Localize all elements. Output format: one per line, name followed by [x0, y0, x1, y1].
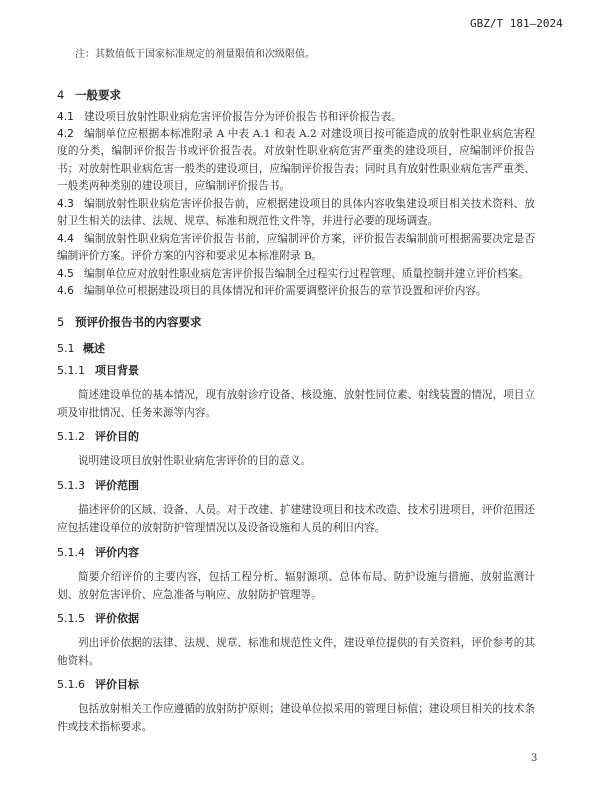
section-title: 一般要求 — [75, 88, 121, 102]
section-number: 4 — [57, 88, 75, 102]
clause-4-3: 4.3编制放射性职业病危害评价报告前，应根据建设项目的具体内容收集建设项目相关技… — [57, 196, 535, 231]
item-number: 5.1.6 — [57, 678, 95, 691]
item-5-1-6-text: 包括放射相关工作应遵循的放射防护原则；建设单位拟采用的管理目标值；建设项目相关的… — [57, 700, 535, 736]
item-title: 评价依据 — [95, 612, 139, 625]
clause-4-1: 4.1建设项目放射性职业病危害评价报告分为评价报告书和评价报告表。 — [57, 109, 535, 126]
clause-text: 编制单位应根据本标准附录 A 中表 A.1 和表 A.2 对建设项目按可能造成的… — [57, 128, 535, 192]
clause-number: 4.4 — [57, 231, 84, 248]
item-5-1-6-heading: 5.1.6评价目标 — [57, 676, 139, 692]
clause-number: 4.6 — [57, 283, 84, 300]
clause-number: 4.5 — [57, 266, 84, 283]
section-title: 预评价报告书的内容要求 — [75, 315, 202, 329]
item-number: 5.1.5 — [57, 612, 95, 625]
clause-text: 编制放射性职业病危害评价报告前，应根据建设项目的具体内容收集建设项目相关技术资料… — [57, 198, 535, 227]
page-number: 3 — [531, 753, 537, 764]
subsection-5-1-heading: 5.1概述 — [57, 340, 105, 356]
item-5-1-3-heading: 5.1.3评价范围 — [57, 477, 139, 493]
section-5-heading: 5预评价报告书的内容要求 — [57, 314, 202, 330]
table-note: 注：其数值低于国家标准规定的剂量限值和次级限值。 — [75, 45, 315, 60]
clause-number: 4.3 — [57, 196, 84, 213]
item-title: 评价内容 — [95, 546, 139, 559]
subsection-number: 5.1 — [57, 342, 83, 355]
item-5-1-4-heading: 5.1.4评价内容 — [57, 544, 139, 560]
item-5-1-2-heading: 5.1.2评价目的 — [57, 428, 139, 444]
clause-4-6: 4.6编制单位可根据建设项目的具体情况和评价需要调整评价报告的章节设置和评价内容… — [57, 283, 535, 300]
item-number: 5.1.1 — [57, 364, 95, 377]
item-title: 评价目标 — [95, 678, 139, 691]
item-5-1-5-text: 列出评价依据的法律、法规、规章、标准和规范性文件，建设单位提供的有关资料，评价参… — [57, 634, 535, 670]
item-number: 5.1.3 — [57, 479, 95, 492]
clause-4-4: 4.4编制放射性职业病危害评价报告书前，应编制评价方案，评价报告表编制前可根据需… — [57, 231, 535, 266]
item-5-1-3-text: 描述评价的区域、设备、人员。对于改建、扩建建设项目和技术改造、技术引进项目，评价… — [57, 501, 535, 537]
item-5-1-1-text: 简述建设单位的基本情况，现有放射诊疗设备、核设施、放射性同位素、射线装置的情况，… — [57, 386, 535, 422]
item-title: 评价范围 — [95, 479, 139, 492]
item-5-1-4-text: 简要介绍评价的主要内容，包括工程分析、辐射源项、总体布局、防护设施与措施、放射监… — [57, 568, 535, 604]
item-title: 项目背景 — [95, 364, 139, 377]
clause-4-5: 4.5编制单位应对放射性职业病危害评价报告编制全过程实行过程管理、质量控制并建立… — [57, 266, 535, 283]
subsection-title: 概述 — [83, 342, 105, 355]
clause-text: 建设项目放射性职业病危害评价报告分为评价报告书和评价报告表。 — [84, 111, 402, 123]
clause-text: 编制单位可根据建设项目的具体情况和评价需要调整评价报告的章节设置和评价内容。 — [84, 285, 487, 297]
item-title: 评价目的 — [95, 430, 139, 443]
item-5-1-5-heading: 5.1.5评价依据 — [57, 610, 139, 626]
item-number: 5.1.4 — [57, 546, 95, 559]
item-5-1-2-text: 说明建设项目放射性职业病危害评价的目的意义。 — [57, 452, 535, 470]
section-number: 5 — [57, 315, 75, 329]
clause-4-2: 4.2编制单位应根据本标准附录 A 中表 A.1 和表 A.2 对建设项目按可能… — [57, 126, 535, 196]
clause-text: 编制放射性职业病危害评价报告书前，应编制评价方案，评价报告表编制前可根据需要决定… — [57, 233, 535, 262]
clause-text: 编制单位应对放射性职业病危害评价报告编制全过程实行过程管理、质量控制并建立评价档… — [84, 268, 529, 280]
item-5-1-1-heading: 5.1.1项目背景 — [57, 362, 139, 378]
clause-number: 4.1 — [57, 109, 84, 126]
section-4-heading: 4一般要求 — [57, 87, 121, 103]
clause-number: 4.2 — [57, 126, 84, 143]
item-number: 5.1.2 — [57, 430, 95, 443]
standard-code-header: GBZ/T 181—2024 — [470, 17, 563, 30]
